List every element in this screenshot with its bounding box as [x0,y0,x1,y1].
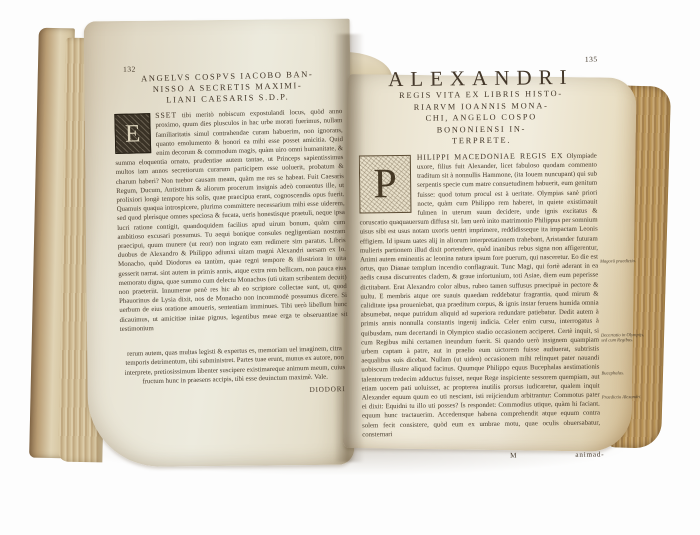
book-photo: 132 ANGELVS COSPVS IACOBO BAN- NISSO A S… [0,0,700,535]
left-lead-caps: SSET [155,111,177,121]
margin-note-praedictio: Praedictio Alexandri. [602,394,648,400]
left-page-text: 132 ANGELVS COSPVS IACOBO BAN- NISSO A S… [113,59,351,457]
left-body-tail: rerum autem, quas multas legisti & exper… [120,344,349,387]
right-subtitle-line-5: TERPRETE. [359,134,605,149]
woodcut-initial-p: P [359,155,412,214]
left-body: ESSET tibi meritò nobiscum expostulandi … [114,106,348,350]
left-catchword-row: DIODORI [121,385,349,400]
gathering-signature: M [510,451,517,460]
margin-note-olympics: Decertatio in Olympijs, sed cum Regibus. [601,332,647,343]
right-page-text: 135 ALEXANDRI REGIS VITA EX LIBRIS HISTO… [358,55,609,454]
left-catchword: DIODORI [309,385,345,395]
margin-note-magi: Magorū praedictio. [600,258,646,264]
woodcut-initial-e: E [114,113,151,154]
right-title: ALEXANDRI [358,66,604,91]
right-catchword: animad- [575,450,604,460]
right-lead-caps: HILIPPI MACEDONIAE REGIS EX [417,151,564,162]
margin-note-bucephalas: Bucephalas. [601,370,647,376]
right-body: PHILIPPI MACEDONIAE REGIS EX Olympiade u… [359,150,601,449]
